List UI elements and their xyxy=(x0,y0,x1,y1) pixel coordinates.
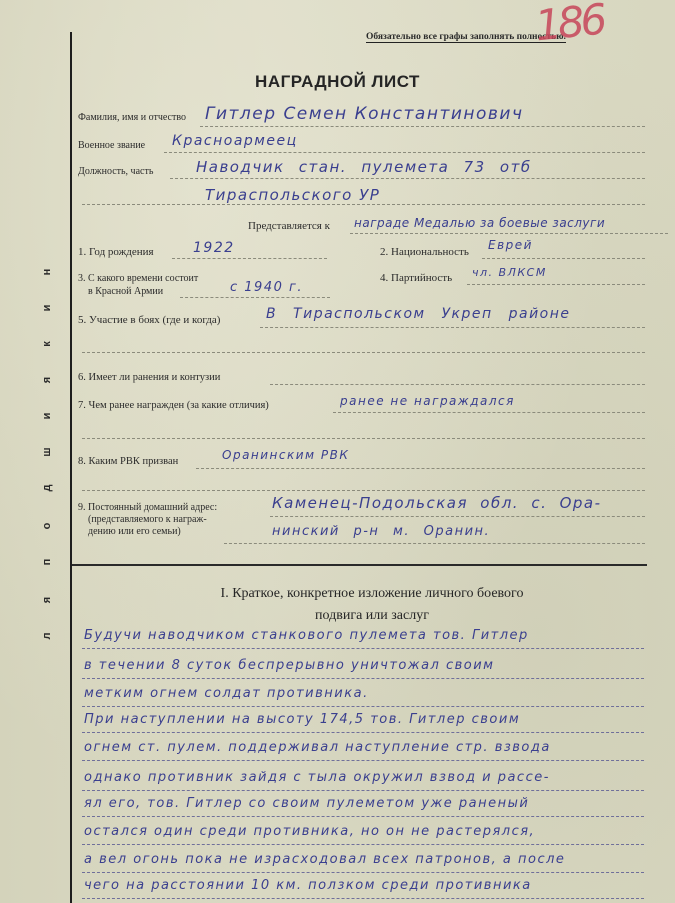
full-name-value: Гитлер Семен Константинович xyxy=(205,104,524,124)
birth-year-label: 1. Год рождения xyxy=(78,246,154,258)
home-address-value-line1: Каменец-Подольская обл. с. Ора- xyxy=(272,494,602,512)
military-rank-label: Военное звание xyxy=(78,140,145,151)
narrative-line: чего на расстоянии 10 км. ползком среди … xyxy=(84,878,532,893)
narrative-line: в течении 8 суток беспрерывно уничтожал … xyxy=(84,658,495,673)
party-label: 4. Партийность xyxy=(380,272,452,284)
section1-heading-line1: I. Краткое, конкретное изложение личного… xyxy=(72,586,672,602)
side-letter: я xyxy=(41,594,53,606)
draft-office-label: 8. Каким РВК призван xyxy=(78,456,178,467)
nationality-label: 2. Национальность xyxy=(380,246,469,258)
narrative-line: огнем ст. пулем. поддерживал наступление… xyxy=(84,740,551,755)
narrative-line: однако противник зайдя с тыла окружил вз… xyxy=(84,770,550,785)
position-label: Должность, часть xyxy=(78,166,153,177)
side-letter: д xyxy=(41,482,53,494)
narrative-line: остался один среди противника, но он не … xyxy=(84,824,535,839)
position-value: Наводчик стан. пулемета 73 отб xyxy=(196,158,532,176)
home-address-label-line1: 9. Постоянный домашний адрес: xyxy=(78,502,217,514)
service-since-value: с 1940 г. xyxy=(230,280,303,295)
nationality-value: Еврей xyxy=(488,238,533,252)
service-since-label: 3. С какого времени состоит в Красной Ар… xyxy=(78,272,198,298)
nominated-for-label: Представляется к xyxy=(248,220,330,232)
side-letter: и xyxy=(41,302,53,314)
side-letter: и xyxy=(41,410,53,422)
home-address-label-line3: дению или его семьи) xyxy=(78,526,217,538)
party-value: чл. ВЛКСМ xyxy=(472,266,547,279)
side-letter: н xyxy=(41,266,53,278)
home-address-label-line2: (представляемого к награж- xyxy=(78,514,217,526)
narrative-line: Будучи наводчиком станкового пулемета то… xyxy=(84,628,529,643)
draft-office-value: Оранинским РВК xyxy=(222,448,349,462)
margin-rule xyxy=(70,32,72,903)
nominated-for-value: награде Медалью за боевые заслуги xyxy=(354,216,605,230)
birth-year-value: 1922 xyxy=(193,240,235,256)
military-rank-value: Красноармеец xyxy=(172,133,298,149)
full-name-label: Фамилия, имя и отчество xyxy=(78,112,186,123)
section1-heading-line2: подвига или заслуг xyxy=(72,608,672,624)
previous-awards-value: ранее не награждался xyxy=(340,394,515,408)
section-divider xyxy=(72,564,647,566)
narrative-line: ял его, тов. Гитлер со своим пулеметом у… xyxy=(84,796,529,811)
side-letter: п xyxy=(41,556,53,568)
position-value-line2: Тираспольского УР xyxy=(205,186,380,204)
wounds-label: 6. Имеет ли ранения и контузии xyxy=(78,372,220,383)
previous-awards-label: 7. Чем ранее награжден (за какие отличия… xyxy=(78,400,269,411)
home-address-label: 9. Постоянный домашний адрес: (представл… xyxy=(78,502,217,538)
service-since-label-line1: 3. С какого времени состоит xyxy=(78,272,198,285)
battles-value: В Тираспольском Укреп районе xyxy=(266,306,571,322)
archive-number-stamp: 186 xyxy=(533,0,606,50)
home-address-value-line2: нинский р-н м. Оранин. xyxy=(272,524,490,539)
side-letter: л xyxy=(41,630,53,642)
narrative-line: метким огнем солдат противника. xyxy=(84,686,369,701)
battles-label: 5. Участие в боях (где и когда) xyxy=(78,314,220,326)
side-letter: к xyxy=(41,338,53,350)
document-title: НАГРАДНОЙ ЛИСТ xyxy=(0,72,675,92)
narrative-line: а вел огонь пока не израсходовал всех па… xyxy=(84,852,565,867)
side-letter: я xyxy=(41,374,53,386)
side-letter: ш xyxy=(41,446,53,458)
narrative-line: При наступлении на высоту 174,5 тов. Гит… xyxy=(84,712,520,727)
side-letter: о xyxy=(41,520,53,532)
